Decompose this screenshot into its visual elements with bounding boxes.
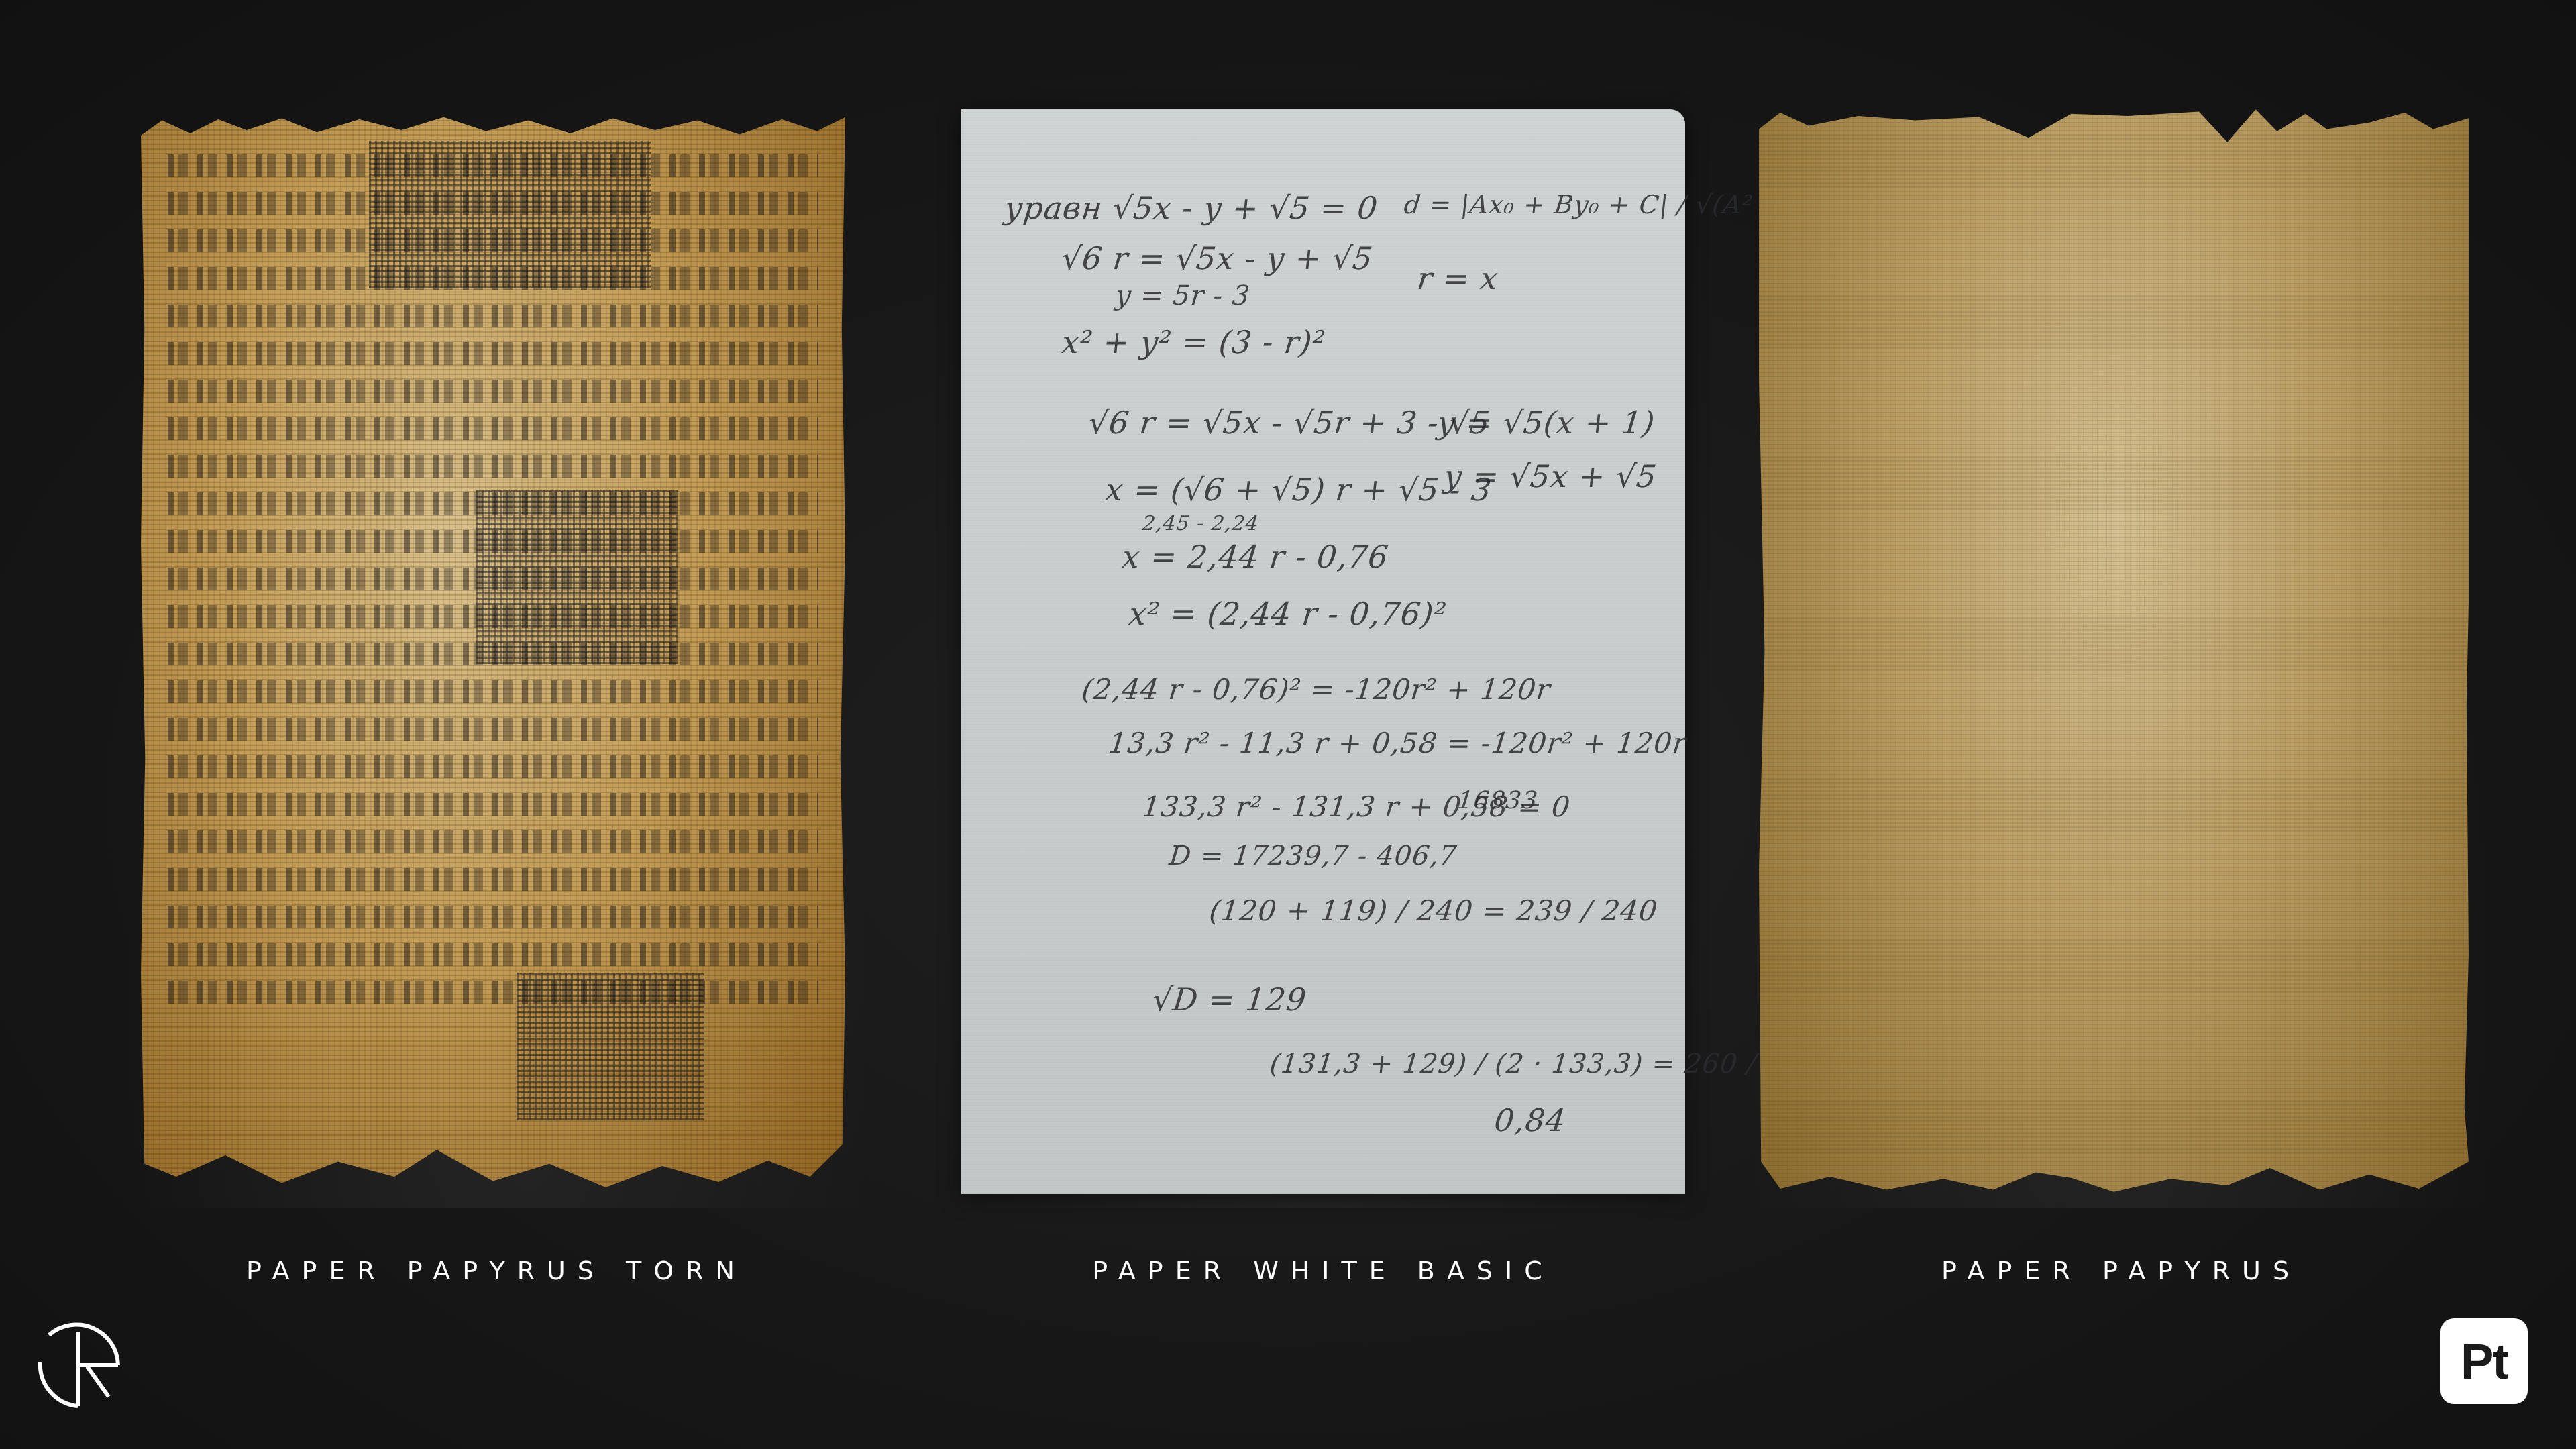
script-line — [168, 643, 818, 665]
handwritten-line: x = 2,44 r - 0,76 — [1120, 539, 1391, 575]
script-line — [168, 718, 818, 741]
handwritten-line: √6 r = √5x - y + √5 — [1060, 240, 1375, 276]
handwritten-line: x² = (2,44 r - 0,76)² — [1127, 596, 1448, 632]
script-line — [168, 342, 818, 365]
handwritten-line: 16833 — [1456, 787, 1540, 814]
script-line — [168, 868, 818, 891]
script-line — [168, 267, 818, 290]
paper-papyrus-torn-preview — [141, 114, 845, 1187]
script-line — [168, 755, 818, 778]
script-line — [168, 492, 818, 515]
handwritten-line: x = (√6 + √5) r + √5 - 3 — [1104, 472, 1493, 508]
handwritten-line: √D = 129 — [1150, 981, 1308, 1018]
handwritten-line: уравн √5x - y + √5 = 0 — [1003, 190, 1380, 226]
script-line — [168, 680, 818, 703]
script-line — [168, 380, 818, 402]
handwritten-line: 0,84 — [1493, 1102, 1568, 1138]
script-line — [168, 906, 818, 928]
script-line — [168, 154, 818, 177]
label-paper-papyrus-torn: PAPER PAPYRUS TORN — [141, 1256, 852, 1285]
label-paper-papyrus: PAPER PAPYRUS — [1759, 1256, 2483, 1285]
script-line — [168, 605, 818, 628]
handwritten-line: 13,3 r² - 11,3 r + 0,58 = -120r² + 120r — [1107, 727, 1688, 759]
script-line — [168, 192, 818, 215]
jr-monogram-icon — [34, 1318, 127, 1412]
app-badge-text: Pt — [2461, 1333, 2508, 1390]
handwritten-line: x² + y² = (3 - r)² — [1060, 324, 1327, 360]
script-line — [168, 793, 818, 816]
script-line — [168, 417, 818, 440]
handwritten-line: (2,44 r - 0,76)² = -120r² + 120r — [1080, 673, 1552, 706]
handwritten-line: y = 5r - 3 — [1114, 280, 1252, 311]
painter-app-icon: Pt — [2440, 1318, 2528, 1404]
label-paper-white-basic: PAPER WHITE BASIC — [961, 1256, 1685, 1285]
script-line — [168, 981, 818, 1004]
paper-white-basic-preview: уравн √5x - y + √5 = 0 √6 r = √5x - y + … — [961, 109, 1685, 1194]
script-line — [168, 229, 818, 252]
script-line — [168, 530, 818, 553]
paper-papyrus-preview — [1759, 107, 2469, 1194]
handwritten-line: (120 + 119) / 240 = 239 / 240 — [1207, 894, 1659, 927]
script-line — [168, 455, 818, 478]
script-line — [168, 305, 818, 327]
handwritten-line: 2,45 - 2,24 — [1141, 512, 1260, 535]
script-line — [168, 830, 818, 853]
hieroglyph-text-block — [168, 154, 818, 1040]
handwritten-line: D = 17239,7 - 406,7 — [1168, 841, 1459, 871]
script-line — [168, 568, 818, 590]
handwritten-line: y = √5(x + 1) — [1436, 405, 1657, 441]
handwritten-line: r = x — [1415, 260, 1500, 297]
handwritten-line: √6 r = √5x - √5r + 3 - √5 — [1087, 405, 1492, 441]
script-line — [168, 943, 818, 966]
